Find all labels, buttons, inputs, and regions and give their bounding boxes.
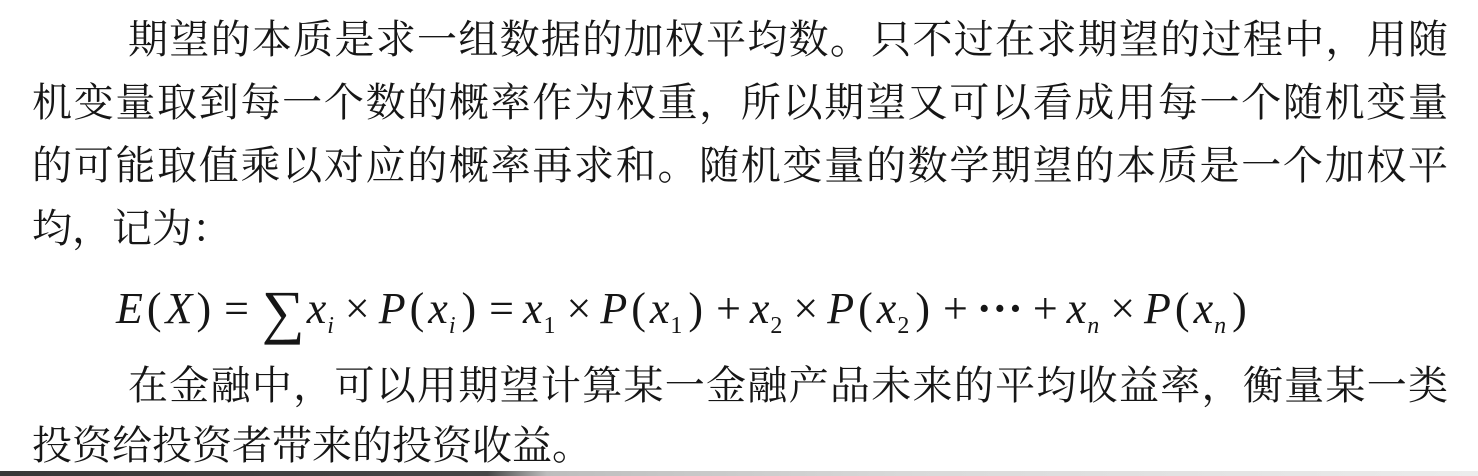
paragraph-finance-application: 在金融中，可以用期望计算某一金融产品未来的平均收益率，衡量某一类 投资给投资者带… bbox=[32, 356, 1448, 476]
formula-token: P bbox=[600, 284, 627, 333]
formula-token: + bbox=[707, 284, 750, 333]
formula-token: 2 bbox=[769, 313, 784, 339]
formula-token: x bbox=[428, 284, 448, 333]
formula-token: ( bbox=[627, 284, 650, 333]
formula-token: + bbox=[934, 284, 977, 333]
formula-token: × bbox=[784, 284, 827, 333]
formula-token: X bbox=[166, 284, 193, 333]
formula-token: 1 bbox=[669, 313, 684, 339]
formula-token: x bbox=[1194, 284, 1214, 333]
formula-token: ··· bbox=[977, 284, 1024, 333]
paragraph-expectation-definition: 期望的本质是求一组数据的加权平均数。只不过在求期望的过程中，用随 机变量取到每一… bbox=[32, 8, 1448, 260]
formula-token: ) bbox=[1228, 284, 1251, 333]
formula-token: + bbox=[1024, 284, 1067, 333]
formula-token: n bbox=[1086, 313, 1101, 339]
formula-token: = bbox=[480, 284, 523, 333]
formula-token: E bbox=[116, 284, 143, 333]
text-line: 投资给投资者带来的投资收益。 bbox=[32, 416, 1448, 476]
text-line: 在金融中，可以用期望计算某一金融产品未来的平均收益率，衡量某一类 bbox=[32, 356, 1448, 416]
formula-token: ( bbox=[406, 284, 429, 333]
formula-token: ) bbox=[192, 284, 215, 333]
document-page: 期望的本质是求一组数据的加权平均数。只不过在求期望的过程中，用随 机变量取到每一… bbox=[0, 0, 1478, 476]
page-bottom-divider bbox=[0, 471, 1478, 476]
formula-token: ( bbox=[143, 284, 166, 333]
formula-token: x bbox=[877, 284, 897, 333]
formula-token: x bbox=[307, 284, 327, 333]
formula-token: n bbox=[1213, 313, 1228, 339]
formula-token: ( bbox=[1171, 284, 1194, 333]
formula-token: ) bbox=[457, 284, 480, 333]
formula-token: ∑ bbox=[258, 279, 307, 345]
text-line: 期望的本质是求一组数据的加权平均数。只不过在求期望的过程中，用随 bbox=[32, 8, 1448, 71]
formula-token: x bbox=[1067, 284, 1087, 333]
formula-token: = bbox=[215, 284, 258, 333]
text-line: 均，记为： bbox=[32, 197, 1448, 260]
formula-token: × bbox=[558, 284, 601, 333]
formula-token: ) bbox=[684, 284, 707, 333]
formula-token: ) bbox=[911, 284, 934, 333]
formula-token: × bbox=[1101, 284, 1144, 333]
formula-token: P bbox=[827, 284, 854, 333]
text-line: 机变量取到每一个数的概率作为权重，所以期望又可以看成用每一个随机变量 bbox=[32, 71, 1448, 134]
formula-token: x bbox=[523, 284, 543, 333]
text-line: 的可能取值乘以对应的概率再求和。随机变量的数学期望的本质是一个加权平 bbox=[32, 134, 1448, 197]
formula-token: x bbox=[650, 284, 670, 333]
formula-token: 2 bbox=[896, 313, 911, 339]
expectation-formula: E(X)=∑xi×P(xi)=x1×P(x1)+x2×P(x2)+···+xn×… bbox=[32, 274, 1448, 344]
formula-token: × bbox=[336, 284, 379, 333]
formula-token: 1 bbox=[543, 313, 558, 339]
formula-token: x bbox=[750, 284, 770, 333]
formula-token: P bbox=[379, 284, 406, 333]
formula-token: ( bbox=[854, 284, 877, 333]
formula-token: P bbox=[1144, 284, 1171, 333]
formula-token: i bbox=[326, 313, 336, 339]
